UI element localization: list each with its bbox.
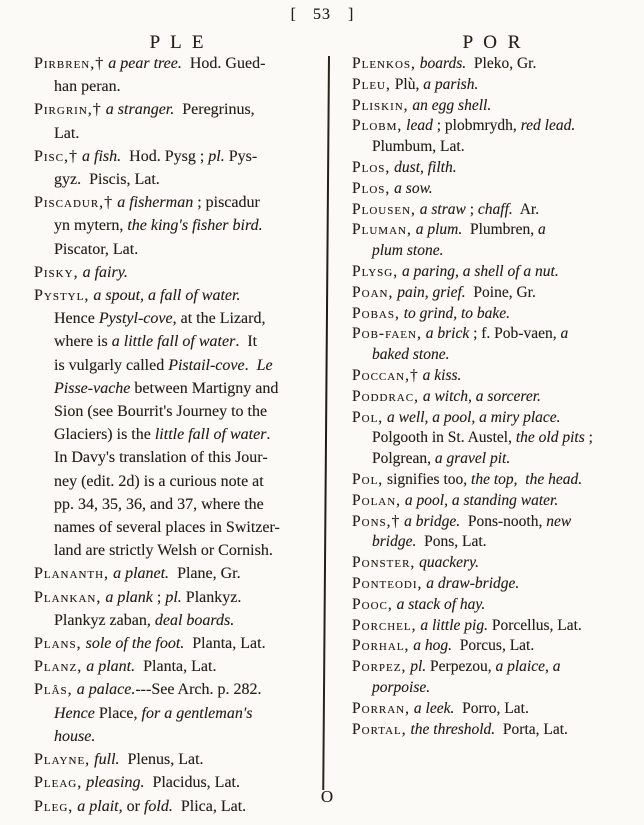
text-roman: Ar.: [513, 201, 539, 218]
text-roman: Place,: [95, 705, 142, 722]
gloss-italic: Pisse-vache: [54, 380, 130, 397]
dictionary-entry: Pooc, a stack of hay.: [352, 595, 636, 616]
dictionary-entry: Plenkos, boards. Pleko, Gr.: [352, 54, 636, 75]
left-column: Pirbren,† a pear tree. Hod. Gued-han per…: [34, 52, 324, 818]
entry-line: ney (edit. 2d) is a curious note at: [54, 470, 324, 493]
gloss-italic: a plaice, a: [495, 658, 560, 675]
headword: Piscadur,†: [34, 194, 113, 211]
text-roman: Plumbum, Lat.: [372, 138, 465, 155]
entry-line: Plos, a sow.: [352, 179, 636, 200]
dictionary-entry: Plâs, a palace.---See Arch. p. 282.Hence…: [34, 678, 324, 748]
text-roman: ;: [153, 589, 165, 606]
entry-line: Pirgrin,† a stranger. Peregrinus,: [34, 98, 324, 121]
gloss-italic: the threshold.: [407, 721, 496, 738]
entry-line: Hence Pystyl-cove, at the Lizard,: [54, 307, 324, 330]
entry-line: Pleu, Plù, a parish.: [352, 75, 636, 96]
entry-line: Pobas, to grind, to bake.: [352, 304, 636, 325]
gloss-italic: plum stone.: [372, 242, 443, 259]
gloss-italic: a straw: [416, 201, 466, 218]
page-number-bracket-open: [: [291, 6, 296, 24]
gloss-italic: a parish.: [423, 76, 478, 93]
left-column-header: P L E: [34, 32, 322, 54]
gloss-italic: a brick: [422, 325, 469, 342]
gloss-italic: chaff.: [478, 201, 513, 218]
text-roman: Pons-nooth,: [460, 513, 546, 530]
headword: Pliskin,: [352, 97, 409, 114]
gloss-italic: to grind, to bake.: [400, 305, 510, 322]
gloss-italic: house.: [54, 728, 95, 745]
text-roman: han peran.: [54, 78, 121, 95]
headword: Pisc,†: [34, 148, 78, 165]
entry-line: yn mytern, the king's fisher bird.: [54, 214, 324, 237]
gloss-italic: the old pits: [516, 429, 585, 446]
gloss-italic: red lead.: [521, 117, 576, 134]
dictionary-entry: Plysg, a paring, a shell of a nut.: [352, 262, 636, 283]
gloss-italic: a gravel pit.: [435, 450, 510, 467]
gloss-italic: a palace.: [73, 681, 136, 698]
headword: Pisky,: [34, 264, 79, 281]
dictionary-entry: Pliskin, an egg shell.: [352, 96, 636, 117]
gloss-italic: a plank: [101, 589, 153, 606]
text-roman: In Davy's translation of this Jour-: [54, 449, 268, 466]
gloss-italic: pl.: [406, 658, 426, 675]
entry-line: Polgooth in St. Austel, the old pits ;: [372, 428, 636, 449]
text-roman: Plankyz.: [182, 589, 242, 606]
headword: Plos,: [352, 159, 390, 176]
gloss-italic: a little pig.: [417, 617, 488, 634]
dictionary-entry: Piscadur,† a fisherman ; piscaduryn myte…: [34, 191, 324, 261]
entry-line: Playne, full. Plenus, Lat.: [34, 748, 324, 771]
text-roman: is vulgarly called: [54, 357, 168, 374]
entry-line: Pystyl, a spout, a fall of water.: [34, 284, 324, 307]
headword: Ponster,: [352, 554, 415, 571]
headword: Pooc,: [352, 596, 393, 613]
gloss-italic: a well, a pool, a miry place.: [383, 409, 560, 426]
gloss-italic: a draw-bridge.: [422, 575, 519, 592]
gloss-italic: pl.: [165, 589, 181, 606]
headword: Porpez,: [352, 658, 406, 675]
headword: Plans,: [34, 635, 82, 652]
dictionary-entry: Pleu, Plù, a parish.: [352, 75, 636, 96]
text-roman: Piscator, Lat.: [54, 241, 138, 258]
gloss-italic: a: [538, 221, 546, 238]
text-roman: Peregrinus,: [174, 101, 254, 118]
text-roman: Hod. Pysg ;: [121, 148, 208, 165]
gloss-italic: a plum.: [412, 221, 462, 238]
dictionary-entry: Poccan,† a kiss.: [352, 366, 636, 387]
entry-line: gyz. Piscis, Lat.: [54, 168, 324, 191]
text-roman: ; f. Pob-vaen,: [469, 325, 560, 342]
dictionary-entry: Plos, dust, filth.: [352, 158, 636, 179]
dictionary-entry: Playne, full. Plenus, Lat.: [34, 748, 324, 771]
dictionary-entry: Porchel, a little pig. Porcellus, Lat.: [352, 616, 636, 637]
entry-line: Plenkos, boards. Pleko, Gr.: [352, 54, 636, 75]
gloss-italic: baked stone.: [372, 346, 449, 363]
headword: Playne,: [34, 751, 90, 768]
headword: Plousen,: [352, 201, 416, 218]
entry-line: bridge. Pons, Lat.: [372, 532, 636, 553]
entry-line: Plos, dust, filth.: [352, 158, 636, 179]
dictionary-entry: Pol, a well, a pool, a miry place.Polgoo…: [352, 408, 636, 470]
headword: Porchel,: [352, 617, 417, 634]
entry-line: Hence Place, for a gentleman's: [54, 702, 324, 725]
entry-line: Plankan, a plank ; pl. Plankyz.: [34, 586, 324, 609]
signature-mark: O: [0, 787, 644, 807]
gloss-italic: pain, grief.: [393, 284, 465, 301]
dictionary-entry: Ponster, quackery.: [352, 553, 636, 574]
gloss-italic: a fish.: [78, 148, 121, 165]
headword: Plobm,: [352, 117, 402, 134]
gloss-italic: a: [560, 325, 568, 342]
dictionary-entry: Pisc,† a fish. Hod. Pysg ; pl. Pys-gyz. …: [34, 145, 324, 191]
text-roman: Lat.: [54, 125, 79, 142]
gloss-italic: a hog.: [409, 637, 452, 654]
headword: Plananth,: [34, 565, 109, 582]
headword: Plysg,: [352, 263, 398, 280]
entry-line: house.: [54, 725, 324, 748]
entry-line: Plans, sole of the foot. Planta, Lat.: [34, 632, 324, 655]
headword: Plankan,: [34, 589, 101, 606]
entry-line: Glaciers) is the little fall of water.: [54, 423, 324, 446]
dictionary-entry: Portal, the threshold. Porta, Lat.: [352, 720, 636, 741]
headword: Ponteodi,: [352, 575, 422, 592]
entry-line: Porpez, pl. Perpezou, a plaice, a: [352, 657, 636, 678]
headword: Polan,: [352, 492, 401, 509]
entry-line: where is a little fall of water. It: [54, 330, 324, 353]
entry-line: Pluman, a plum. Plumbren, a: [352, 220, 636, 241]
entry-line: Poddrac, a witch, a sorcerer.: [352, 387, 636, 408]
text-roman: Planta, Lat.: [184, 635, 265, 652]
headword: Planz,: [34, 658, 82, 675]
text-roman: where is: [54, 333, 112, 350]
entry-line: Pirbren,† a pear tree. Hod. Gued-: [34, 52, 324, 75]
entry-line: Polgrean, a gravel pit.: [372, 449, 636, 470]
gloss-italic: a kiss.: [419, 367, 462, 384]
entry-line: Poan, pain, grief. Poine, Gr.: [352, 283, 636, 304]
headword: Poan,: [352, 284, 393, 301]
entry-line: Plobm, lead ; plobmrydh, red lead.: [352, 116, 636, 137]
dictionary-entry: Pisky, a fairy.: [34, 261, 324, 284]
entry-line: Pooc, a stack of hay.: [352, 595, 636, 616]
dictionary-entry: Plousen, a straw ; chaff. Ar.: [352, 200, 636, 221]
gloss-italic: for a gentleman's: [142, 705, 253, 722]
dictionary-entry: Pirgrin,† a stranger. Peregrinus,Lat.: [34, 98, 324, 144]
entry-line: land are strictly Welsh or Cornish.: [54, 539, 324, 562]
dictionary-entry: Plankan, a plank ; pl. Plankyz.Plankyz z…: [34, 586, 324, 632]
text-roman: Plumbren,: [462, 221, 538, 238]
entry-line: Portal, the threshold. Porta, Lat.: [352, 720, 636, 741]
gloss-italic: a plant.: [82, 658, 135, 675]
text-roman: ney (edit. 2d) is a curious note at: [54, 473, 264, 490]
gloss-italic: new: [546, 513, 571, 530]
text-roman: gyz. Piscis, Lat.: [54, 171, 160, 188]
entry-line: Pisse-vache between Martigny and: [54, 377, 324, 400]
dictionary-entry: Porpez, pl. Perpezou, a plaice, aporpois…: [352, 657, 636, 699]
entry-line: Pol, signifies too, the top, the head.: [352, 470, 636, 491]
gloss-italic: the top, the head.: [471, 471, 582, 488]
gloss-italic: a spout, a fall of water.: [89, 287, 240, 304]
dictionary-entry: Pons,† a bridge. Pons-nooth, newbridge. …: [352, 512, 636, 554]
dictionary-entry: Pob-faen, a brick ; f. Pob-vaen, abaked …: [352, 324, 636, 366]
page-number-row: [53]: [0, 6, 644, 24]
dictionary-entry: Planz, a plant. Planta, Lat.: [34, 655, 324, 678]
gloss-italic: Hence: [54, 705, 95, 722]
text-roman: ;: [585, 429, 593, 446]
text-roman: Polgrean,: [372, 450, 435, 467]
headword: Pirgrin,†: [34, 101, 102, 118]
right-column-header: P O R: [352, 32, 634, 54]
entry-line: Plysg, a paring, a shell of a nut.: [352, 262, 636, 283]
text-roman: Sion (see Bourrit's Journey to the: [54, 403, 267, 420]
gloss-italic: deal boards.: [155, 612, 234, 629]
gloss-italic: a bridge.: [400, 513, 460, 530]
text-roman: Hod. Gued-: [182, 55, 266, 72]
dictionary-entry: Porhal, a hog. Porcus, Lat.: [352, 636, 636, 657]
headword: Pystyl,: [34, 287, 89, 304]
headword: Pirbren,†: [34, 55, 104, 72]
entry-line: Ponteodi, a draw-bridge.: [352, 574, 636, 595]
text-roman: Porcus, Lat.: [452, 637, 534, 654]
entry-line: Pol, a well, a pool, a miry place.: [352, 408, 636, 429]
text-roman: Porcellus, Lat.: [488, 617, 582, 634]
entry-line: Plâs, a palace.---See Arch. p. 282.: [34, 678, 324, 701]
entry-line: In Davy's translation of this Jour-: [54, 446, 324, 469]
entry-line: porpoise.: [372, 678, 636, 699]
text-roman: Pys-: [225, 148, 257, 165]
page-number: 53: [313, 6, 331, 24]
entry-line: Ponster, quackery.: [352, 553, 636, 574]
headword: Pleu,: [352, 76, 391, 93]
gloss-italic: dust, filth.: [390, 159, 456, 176]
dictionary-entry: Ponteodi, a draw-bridge.: [352, 574, 636, 595]
text-roman: . It: [235, 333, 257, 350]
gloss-italic: boards.: [416, 55, 466, 72]
gloss-italic: a little fall of water: [112, 333, 236, 350]
headword: Plenkos,: [352, 55, 416, 72]
gloss-italic: a paring, a shell of a nut.: [398, 263, 559, 280]
gloss-italic: a leek.: [410, 700, 454, 717]
headword: Pol,: [352, 471, 383, 488]
gloss-italic: a sow.: [390, 180, 432, 197]
dictionary-entry: Pobas, to grind, to bake.: [352, 304, 636, 325]
gloss-italic: Pystyl-cove: [99, 310, 173, 327]
entry-line: Piscator, Lat.: [54, 238, 324, 261]
entry-line: Plousen, a straw ; chaff. Ar.: [352, 200, 636, 221]
headword: Poccan,†: [352, 367, 419, 384]
entry-line: Sion (see Bourrit's Journey to the: [54, 400, 324, 423]
entry-line: plum stone.: [372, 241, 636, 262]
dictionary-entry: Plananth, a planet. Plane, Gr.: [34, 562, 324, 585]
headword: Portal,: [352, 721, 407, 738]
dictionary-entry: Pirbren,† a pear tree. Hod. Gued-han per…: [34, 52, 324, 98]
text-roman: ;: [466, 201, 478, 218]
entry-line: Pisc,† a fish. Hod. Pysg ; pl. Pys-: [34, 145, 324, 168]
gloss-italic: a pear tree.: [104, 55, 182, 72]
dictionary-entry: Plans, sole of the foot. Planta, Lat.: [34, 632, 324, 655]
dictionary-entry: Poddrac, a witch, a sorcerer.: [352, 387, 636, 408]
dictionary-entry: Porran, a leek. Porro, Lat.: [352, 699, 636, 720]
text-roman: Plenus, Lat.: [120, 751, 204, 768]
headword: Porhal,: [352, 637, 409, 654]
entry-line: Poccan,† a kiss.: [352, 366, 636, 387]
entry-line: Plananth, a planet. Plane, Gr.: [34, 562, 324, 585]
dictionary-page: [53] P L E P O R Pirbren,† a pear tree. …: [0, 0, 644, 825]
gloss-italic: a fairy.: [79, 264, 128, 281]
text-roman: Glaciers) is the: [54, 426, 155, 443]
entry-line: Pliskin, an egg shell.: [352, 96, 636, 117]
entry-line: Plankyz zaban, deal boards.: [54, 609, 324, 632]
gloss-italic: the king's fisher bird.: [127, 217, 262, 234]
dictionary-entry: Polan, a pool, a standing water.: [352, 491, 636, 512]
text-roman: between Martigny and: [130, 380, 278, 397]
headword: Pons,†: [352, 513, 400, 530]
headword: Poddrac,: [352, 388, 419, 405]
text-roman: Plane, Gr.: [169, 565, 241, 582]
text-roman: Hence: [54, 310, 99, 327]
gloss-italic: a stranger.: [102, 101, 174, 118]
text-roman: yn mytern,: [54, 217, 127, 234]
entry-line: Polan, a pool, a standing water.: [352, 491, 636, 512]
headword: Plos,: [352, 180, 390, 197]
gloss-italic: pl.: [208, 148, 224, 165]
headword: Pol,: [352, 409, 383, 426]
right-column: Plenkos, boards. Pleko, Gr.Pleu, Plù, a …: [352, 54, 636, 740]
dictionary-entry: Pystyl, a spout, a fall of water.Hence P…: [34, 284, 324, 562]
text-roman: names of several places in Switzer-: [54, 519, 280, 536]
gloss-italic: full.: [90, 751, 119, 768]
entry-line: Pob-faen, a brick ; f. Pob-vaen, a: [352, 324, 636, 345]
text-roman: .: [245, 357, 257, 374]
text-roman: signifies too,: [383, 471, 471, 488]
gloss-italic: porpoise.: [372, 679, 430, 696]
text-roman: Pons, Lat.: [416, 533, 486, 550]
text-roman: Poine, Gr.: [466, 284, 536, 301]
text-roman: land are strictly Welsh or Cornish.: [54, 542, 273, 559]
dictionary-entry: Pol, signifies too, the top, the head.: [352, 470, 636, 491]
text-roman: Planta, Lat.: [135, 658, 216, 675]
entry-line: Plumbum, Lat.: [372, 137, 636, 158]
gloss-italic: Pistail-cove: [168, 357, 244, 374]
text-roman: Pleko, Gr.: [466, 55, 536, 72]
gloss-italic: Le: [257, 357, 273, 374]
gloss-italic: an egg shell.: [409, 97, 492, 114]
entry-line: baked stone.: [372, 345, 636, 366]
gloss-italic: sole of the foot.: [82, 635, 185, 652]
entry-line: Porhal, a hog. Porcus, Lat.: [352, 636, 636, 657]
text-roman: .: [266, 426, 270, 443]
entry-line: Lat.: [54, 122, 324, 145]
gloss-italic: quackery.: [415, 554, 479, 571]
gloss-italic: a pool, a standing water.: [401, 492, 558, 509]
headword: Porran,: [352, 700, 410, 717]
entry-line: is vulgarly called Pistail-cove. Le: [54, 354, 324, 377]
dictionary-entry: Plobm, lead ; plobmrydh, red lead.Plumbu…: [352, 116, 636, 158]
page-number-bracket-close: ]: [348, 6, 353, 24]
headword: Pluman,: [352, 221, 412, 238]
entry-line: Piscadur,† a fisherman ; piscadur: [34, 191, 324, 214]
dictionary-entry: Poan, pain, grief. Poine, Gr.: [352, 283, 636, 304]
text-roman: ---See Arch. p. 282.: [135, 681, 261, 698]
entry-line: Pisky, a fairy.: [34, 261, 324, 284]
entry-line: Porran, a leek. Porro, Lat.: [352, 699, 636, 720]
gloss-italic: a planet.: [109, 565, 169, 582]
text-roman: Plankyz zaban,: [54, 612, 155, 629]
gloss-italic: a witch, a sorcerer.: [419, 388, 541, 405]
text-roman: Polgooth in St. Austel,: [372, 429, 516, 446]
headword: Plâs,: [34, 681, 73, 698]
text-roman: ; piscadur: [193, 194, 260, 211]
text-roman: Plù,: [391, 76, 423, 93]
entry-line: Planz, a plant. Planta, Lat.: [34, 655, 324, 678]
gloss-italic: little fall of water: [155, 426, 267, 443]
text-roman: Perpezou,: [426, 658, 495, 675]
dictionary-entry: Plos, a sow.: [352, 179, 636, 200]
entry-line: names of several places in Switzer-: [54, 516, 324, 539]
entry-line: Porchel, a little pig. Porcellus, Lat.: [352, 616, 636, 637]
headword: Pobas,: [352, 305, 400, 322]
gloss-italic: lead: [402, 117, 433, 134]
entry-line: han peran.: [54, 75, 324, 98]
gloss-italic: a fisherman: [113, 194, 193, 211]
gloss-italic: a stack of hay.: [393, 596, 486, 613]
text-roman: pp. 34, 35, 36, and 37, where the: [54, 496, 264, 513]
dictionary-entry: Pluman, a plum. Plumbren, aplum stone.: [352, 220, 636, 262]
gloss-italic: bridge.: [372, 533, 416, 550]
entry-line: Pons,† a bridge. Pons-nooth, new: [352, 512, 636, 533]
text-roman: Porta, Lat.: [495, 721, 568, 738]
text-roman: Porro, Lat.: [454, 700, 528, 717]
entry-line: pp. 34, 35, 36, and 37, where the: [54, 493, 324, 516]
text-roman: , at the Lizard,: [173, 310, 266, 327]
headword: Pob-faen,: [352, 325, 422, 342]
text-roman: ; plobmrydh,: [433, 117, 521, 134]
